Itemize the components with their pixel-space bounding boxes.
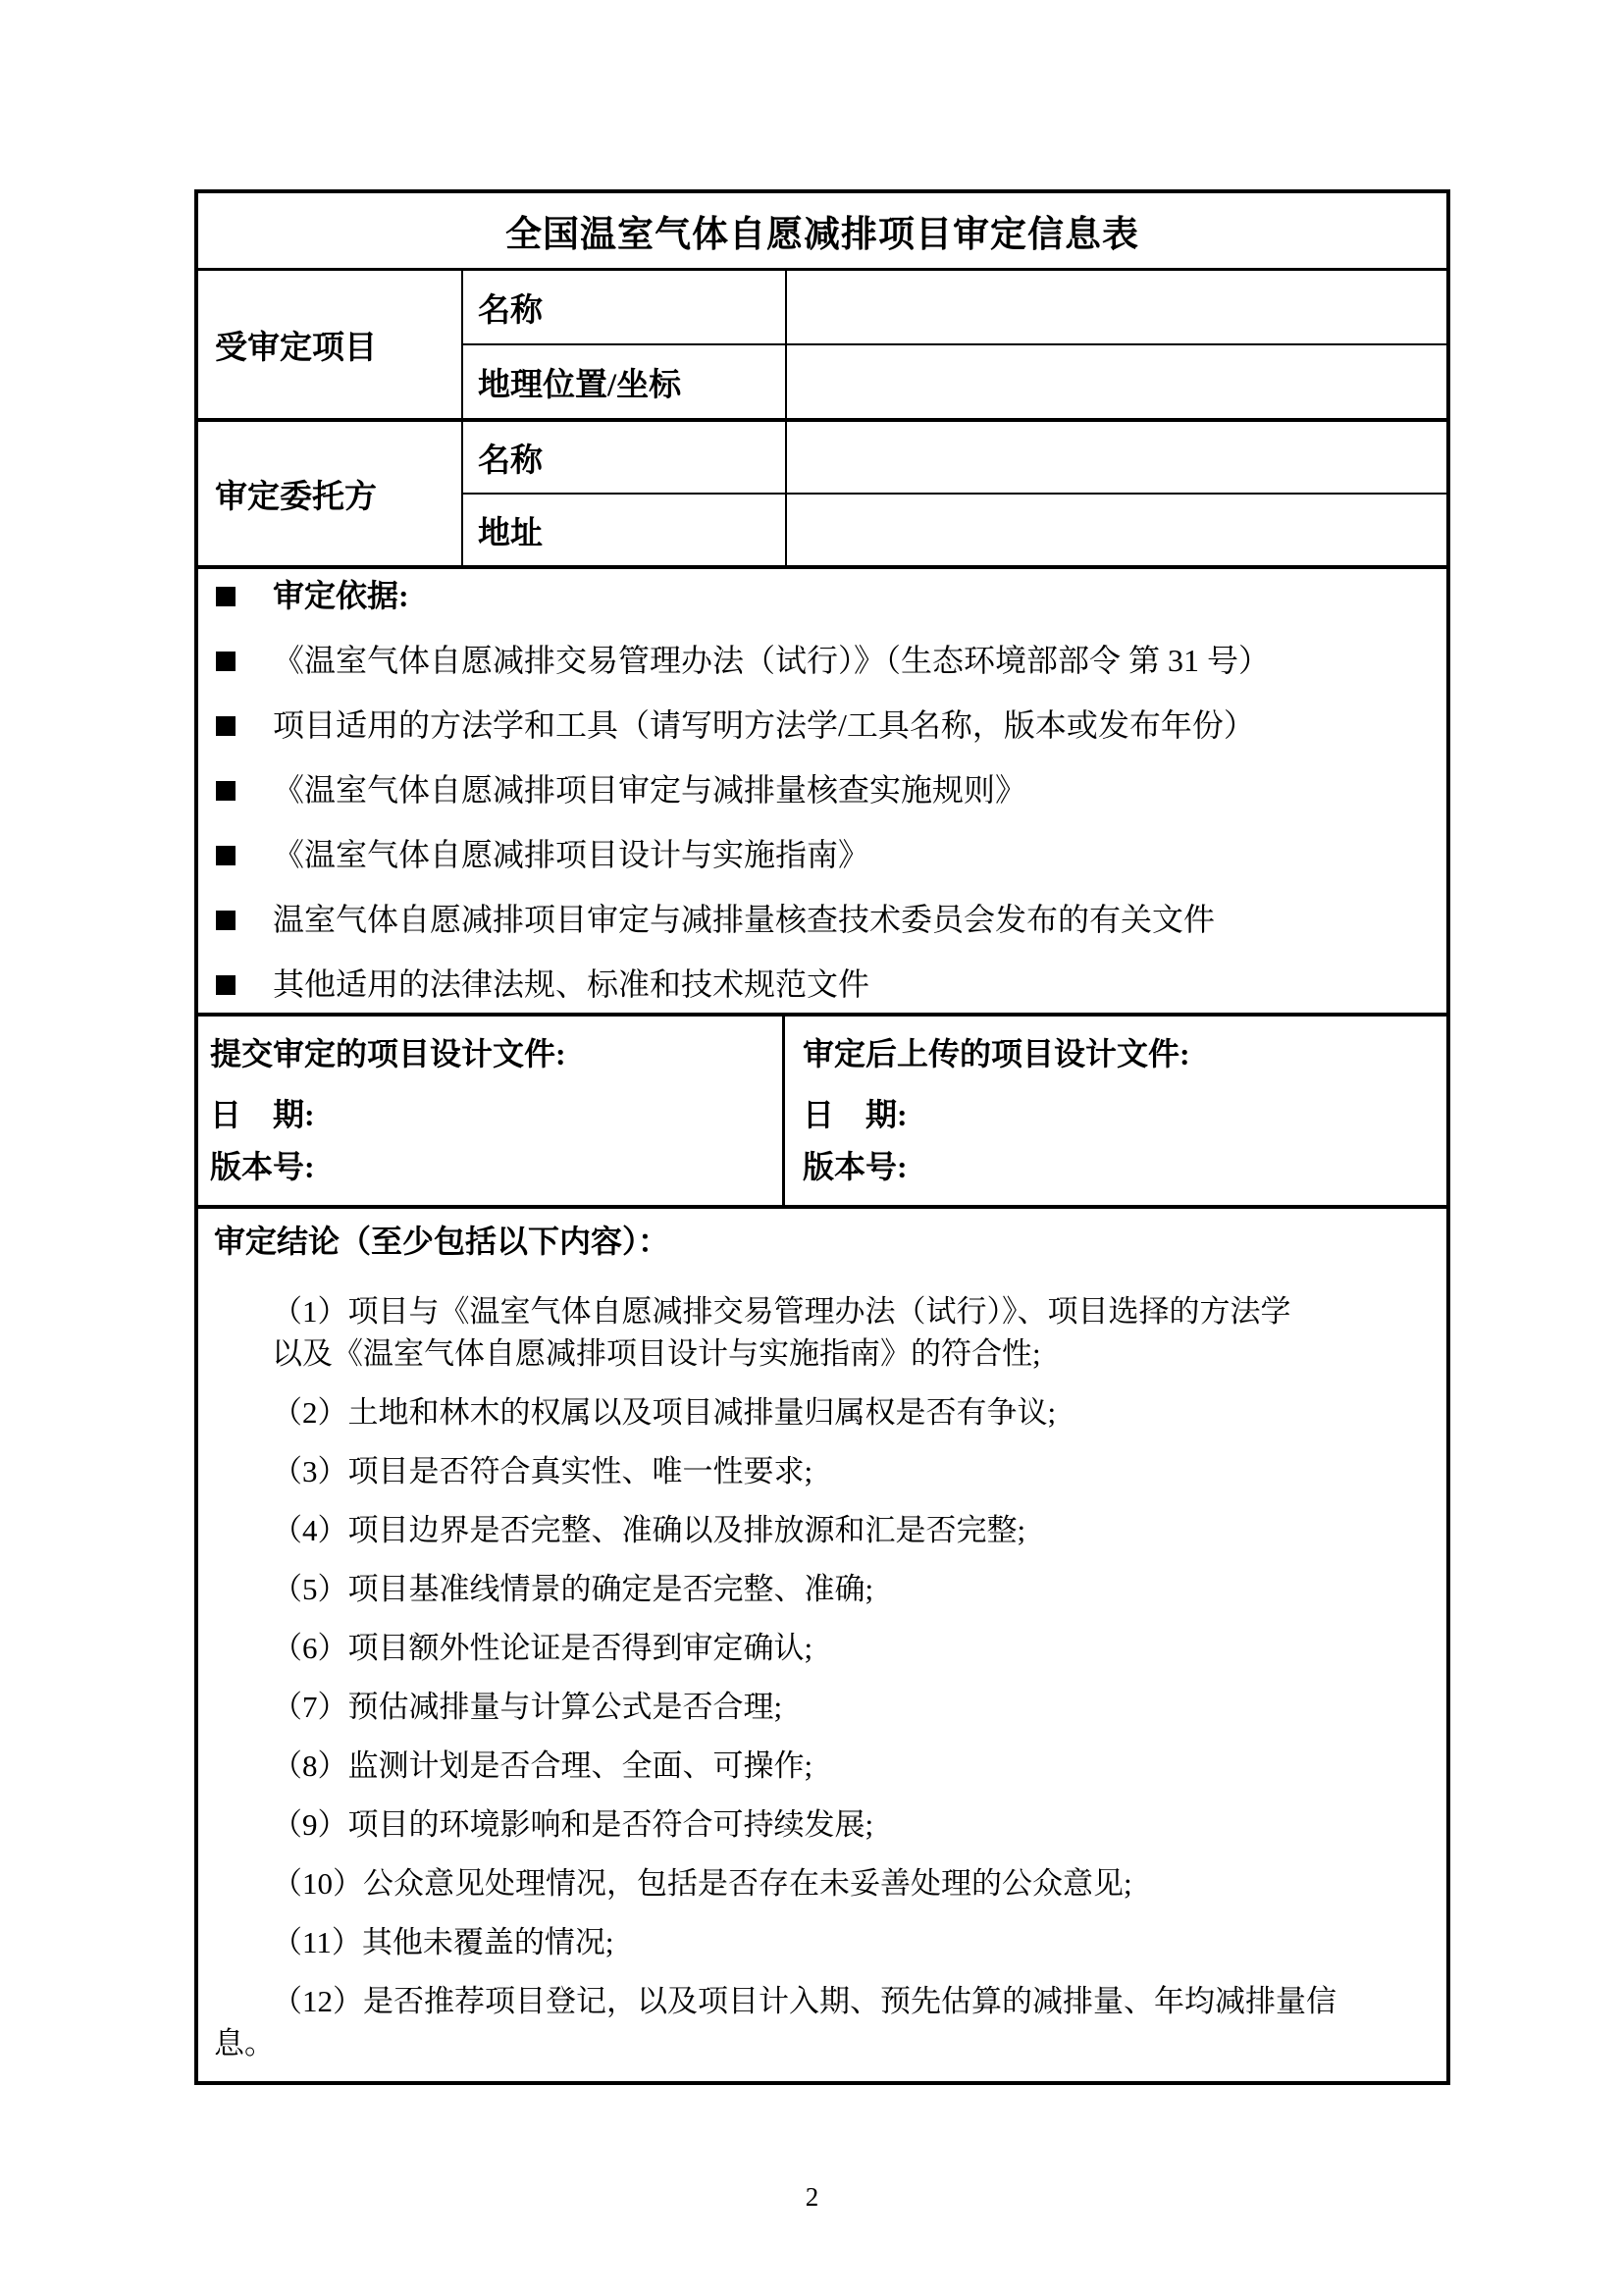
conclusion-item: （1）项目与《温室气体自愿减排交易管理办法（试行）》、项目选择的方法学 以及《温… bbox=[272, 1290, 1427, 1375]
conclusion-item-line: （2）土地和林木的权属以及项目减排量归属权是否有争议; bbox=[272, 1391, 1427, 1434]
conclusion-item-line: （11）其他未覆盖的情况; bbox=[272, 1921, 1427, 1963]
bullet-square-icon bbox=[216, 781, 236, 801]
document-page: 全国温室气体自愿减排项目审定信息表 受审定项目 名称 地理位置/坐标 审定委托方… bbox=[0, 0, 1624, 2295]
conclusion-item-line: （1）项目与《温室气体自愿减排交易管理办法（试行）》、项目选择的方法学 bbox=[272, 1290, 1427, 1332]
conclusion-item: （12）是否推荐项目登记，以及项目计入期、预先估算的减排量、年均减排量信 息。 bbox=[272, 1980, 1427, 2064]
table-row: 地理位置/坐标 bbox=[463, 345, 1446, 418]
table-row: 地址 bbox=[463, 495, 1446, 565]
conclusion-item: （2）土地和林木的权属以及项目减排量归属权是否有争议; bbox=[272, 1391, 1427, 1434]
basis-item-text: 《温室气体自愿减排项目审定与减排量核查实施规则》 bbox=[273, 774, 1026, 807]
basis-item-text: 项目适用的方法学和工具（请写明方法学/工具名称，版本或发布年份） bbox=[273, 709, 1255, 742]
project-name-label: 名称 bbox=[463, 271, 787, 343]
page-number: 2 bbox=[0, 2182, 1624, 2213]
bullet-square-icon bbox=[216, 975, 236, 995]
conclusion-item: （4）项目边界是否完整、准确以及排放源和汇是否完整; bbox=[272, 1509, 1427, 1551]
conclusion-item-line: 息。 bbox=[214, 2022, 1427, 2064]
client-name-label: 名称 bbox=[463, 422, 787, 493]
conclusion-item-line: （8）监测计划是否合理、全面、可操作; bbox=[272, 1745, 1427, 1787]
conclusion-section: 审定结论（至少包括以下内容）： （1）项目与《温室气体自愿减排交易管理办法（试行… bbox=[198, 1209, 1446, 2081]
validation-basis-section: 审定依据: 《温室气体自愿减排交易管理办法（试行）》（生态环境部部令 第 31 … bbox=[198, 569, 1446, 1017]
conclusion-item-line: （12）是否推荐项目登记，以及项目计入期、预先估算的减排量、年均减排量信 bbox=[272, 1980, 1427, 2022]
project-section-rows: 名称 地理位置/坐标 bbox=[463, 271, 1446, 418]
uploaded-documents-cell: 审定后上传的项目设计文件: 日 期: 版本号: bbox=[785, 1017, 1446, 1205]
conclusion-item: （10）公众意见处理情况，包括是否存在未妥善处理的公众意见; bbox=[272, 1862, 1427, 1904]
conclusion-item-line: （10）公众意见处理情况，包括是否存在未妥善处理的公众意见; bbox=[272, 1862, 1427, 1904]
conclusion-item: （7）预估减排量与计算公式是否合理; bbox=[272, 1686, 1427, 1728]
basis-item: 《温室气体自愿减排项目设计与实施指南》 bbox=[214, 839, 1427, 871]
conclusion-item: （8）监测计划是否合理、全面、可操作; bbox=[272, 1745, 1427, 1787]
submitted-documents-cell: 提交审定的项目设计文件: 日 期: 版本号: bbox=[198, 1017, 785, 1205]
table-row: 名称 bbox=[463, 271, 1446, 345]
submitted-date-label: 日 期: bbox=[210, 1098, 782, 1131]
bullet-square-icon bbox=[216, 846, 236, 865]
project-section: 受审定项目 名称 地理位置/坐标 bbox=[198, 271, 1446, 422]
conclusion-item-line: （6）项目额外性论证是否得到审定确认; bbox=[272, 1627, 1427, 1669]
basis-item: 项目适用的方法学和工具（请写明方法学/工具名称，版本或发布年份） bbox=[214, 709, 1427, 742]
conclusion-item-line: 以及《温室气体自愿减排项目设计与实施指南》的符合性; bbox=[272, 1332, 1427, 1375]
design-documents-section: 提交审定的项目设计文件: 日 期: 版本号: 审定后上传的项目设计文件: 日 期… bbox=[198, 1017, 1446, 1209]
client-section-rows: 名称 地址 bbox=[463, 422, 1446, 565]
basis-item: 《温室气体自愿减排项目审定与减排量核查实施规则》 bbox=[214, 774, 1427, 807]
project-name-value bbox=[787, 271, 1446, 343]
uploaded-version-label: 版本号: bbox=[803, 1150, 1446, 1183]
conclusion-item: （6）项目额外性论证是否得到审定确认; bbox=[272, 1627, 1427, 1669]
conclusion-item-line: （7）预估减排量与计算公式是否合理; bbox=[272, 1686, 1427, 1728]
conclusion-heading: 审定结论（至少包括以下内容）： bbox=[214, 1225, 1427, 1258]
bullet-square-icon bbox=[216, 587, 236, 606]
bullet-square-icon bbox=[216, 911, 236, 930]
client-name-value bbox=[787, 422, 1446, 493]
submitted-version-label: 版本号: bbox=[210, 1150, 782, 1183]
basis-item: 《温室气体自愿减排交易管理办法（试行）》（生态环境部部令 第 31 号） bbox=[214, 645, 1427, 677]
project-location-label: 地理位置/坐标 bbox=[463, 345, 787, 418]
table-title: 全国温室气体自愿减排项目审定信息表 bbox=[198, 193, 1446, 271]
uploaded-date-label: 日 期: bbox=[803, 1098, 1446, 1131]
basis-heading-row: 审定依据: bbox=[214, 580, 1427, 612]
conclusion-item-line: （3）项目是否符合真实性、唯一性要求; bbox=[272, 1450, 1427, 1492]
conclusion-item-line: （9）项目的环境影响和是否符合可持续发展; bbox=[272, 1803, 1427, 1846]
conclusion-item: （5）项目基准线情景的确定是否完整、准确; bbox=[272, 1568, 1427, 1610]
conclusion-item: （11）其他未覆盖的情况; bbox=[272, 1921, 1427, 1963]
basis-item-text: 其他适用的法律法规、标准和技术规范文件 bbox=[273, 968, 869, 1001]
client-section: 审定委托方 名称 地址 bbox=[198, 422, 1446, 569]
project-location-value bbox=[787, 345, 1446, 418]
uploaded-documents-heading: 审定后上传的项目设计文件: bbox=[803, 1037, 1446, 1070]
basis-heading: 审定依据: bbox=[273, 580, 409, 612]
client-address-value bbox=[787, 495, 1446, 565]
table-row: 名称 bbox=[463, 422, 1446, 495]
project-section-label: 受审定项目 bbox=[198, 271, 463, 418]
bullet-square-icon bbox=[216, 716, 236, 736]
basis-item-text: 《温室气体自愿减排交易管理办法（试行）》（生态环境部部令 第 31 号） bbox=[273, 645, 1270, 677]
conclusion-item: （9）项目的环境影响和是否符合可持续发展; bbox=[272, 1803, 1427, 1846]
validation-info-table: 全国温室气体自愿减排项目审定信息表 受审定项目 名称 地理位置/坐标 审定委托方… bbox=[194, 189, 1450, 2085]
conclusion-item-line: （4）项目边界是否完整、准确以及排放源和汇是否完整; bbox=[272, 1509, 1427, 1551]
conclusion-item: （3）项目是否符合真实性、唯一性要求; bbox=[272, 1450, 1427, 1492]
client-section-label: 审定委托方 bbox=[198, 422, 463, 565]
conclusion-item-line: （5）项目基准线情景的确定是否完整、准确; bbox=[272, 1568, 1427, 1610]
basis-item: 其他适用的法律法规、标准和技术规范文件 bbox=[214, 968, 1427, 1001]
basis-item-text: 《温室气体自愿减排项目设计与实施指南》 bbox=[273, 839, 869, 871]
submitted-documents-heading: 提交审定的项目设计文件: bbox=[210, 1037, 782, 1070]
client-address-label: 地址 bbox=[463, 495, 787, 565]
bullet-square-icon bbox=[216, 652, 236, 671]
basis-item-text: 温室气体自愿减排项目审定与减排量核查技术委员会发布的有关文件 bbox=[273, 904, 1215, 936]
basis-item: 温室气体自愿减排项目审定与减排量核查技术委员会发布的有关文件 bbox=[214, 904, 1427, 936]
